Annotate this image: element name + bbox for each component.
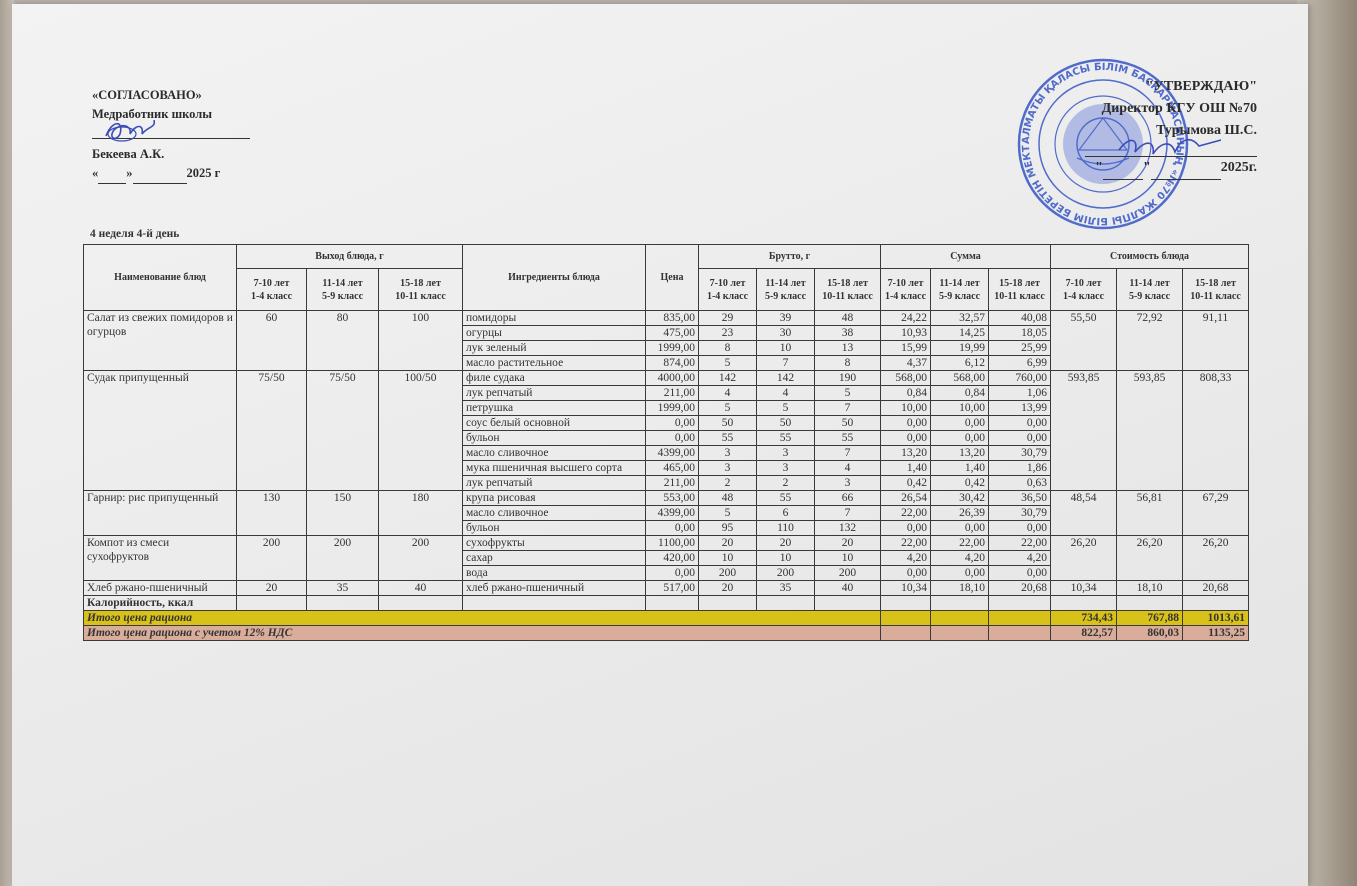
total-value: 767,88 (1117, 611, 1183, 626)
ingredient-price: 1999,00 (646, 341, 699, 356)
calories-cell (1183, 596, 1249, 611)
ingredient-sum: 4,20 (989, 551, 1051, 566)
menu-cost-table: Наименование блюдВыход блюда, гИнгредиен… (83, 244, 1249, 641)
ingredient-gross: 20 (757, 536, 815, 551)
ingredient-sum: 6,12 (931, 356, 989, 371)
header-cost: Стоимость блюда (1051, 245, 1249, 269)
ingredient-sum: 13,20 (881, 446, 931, 461)
total-value: 822,57 (1051, 626, 1117, 641)
grade-label: 10-11 класс (992, 290, 1047, 303)
ingredient-gross: 5 (699, 356, 757, 371)
ingredient-gross: 5 (757, 401, 815, 416)
ingredient-gross: 3 (757, 461, 815, 476)
table-row: Гарнир: рис припущенный130150180крупа ри… (84, 491, 1249, 506)
ingredient-gross: 4 (815, 461, 881, 476)
ingredient-sum: 1,40 (931, 461, 989, 476)
header-age-group: 15-18 лет10-11 класс (989, 269, 1051, 311)
ingredient-sum: 19,99 (931, 341, 989, 356)
ingredient-sum: 10,00 (881, 401, 931, 416)
ingredient-gross: 55 (757, 491, 815, 506)
ingredient-price: 475,00 (646, 326, 699, 341)
total-empty-cell (989, 611, 1051, 626)
ingredient-gross: 142 (757, 371, 815, 386)
ingredient-gross: 48 (815, 311, 881, 326)
ingredient-price: 0,00 (646, 431, 699, 446)
dish-yield: 40 (379, 581, 463, 596)
header-age-group: 11-14 лет5-9 класс (931, 269, 989, 311)
ingredient-name: филе судака (463, 371, 646, 386)
ingredient-price: 553,00 (646, 491, 699, 506)
dish-name: Компот из смеси сухофруктов (84, 536, 237, 581)
ingredient-name: лук репчатый (463, 386, 646, 401)
ingredient-name: масло сливочное (463, 506, 646, 521)
ingredient-gross: 7 (815, 401, 881, 416)
ingredient-sum: 1,86 (989, 461, 1051, 476)
ingredient-gross: 20 (815, 536, 881, 551)
ingredient-sum: 0,84 (931, 386, 989, 401)
ingredient-gross: 55 (815, 431, 881, 446)
ingredient-gross: 6 (757, 506, 815, 521)
approval-right-position: Директор КГУ ОШ №70 (1085, 98, 1257, 120)
dish-cost: 10,34 (1051, 581, 1117, 596)
calories-cell (237, 596, 307, 611)
ingredient-sum: 6,99 (989, 356, 1051, 371)
calories-cell (646, 596, 699, 611)
total-row: Итого цена рациона734,43767,881013,61 (84, 611, 1249, 626)
ingredient-gross: 10 (699, 551, 757, 566)
header-sum: Сумма (881, 245, 1051, 269)
date-quote-close: " (1143, 160, 1151, 175)
ingredient-gross: 7 (815, 506, 881, 521)
dish-yield: 100 (379, 311, 463, 371)
dish-cost: 26,20 (1117, 536, 1183, 581)
ingredient-gross: 200 (699, 566, 757, 581)
ingredient-sum: 0,84 (881, 386, 931, 401)
age-label: 11-14 лет (934, 277, 985, 290)
ingredient-price: 835,00 (646, 311, 699, 326)
dish-yield: 75/50 (237, 371, 307, 491)
ingredient-sum: 568,00 (881, 371, 931, 386)
ingredient-price: 1100,00 (646, 536, 699, 551)
ingredient-price: 211,00 (646, 386, 699, 401)
ingredient-gross: 4 (757, 386, 815, 401)
ingredient-sum: 1,40 (881, 461, 931, 476)
age-label: 15-18 лет (818, 277, 877, 290)
dish-yield: 35 (307, 581, 379, 596)
ingredient-sum: 24,22 (881, 311, 931, 326)
ingredient-gross: 40 (815, 581, 881, 596)
ingredient-sum: 0,63 (989, 476, 1051, 491)
header-age-group: 7-10 лет1-4 класс (237, 269, 307, 311)
ingredient-name: соус белый основной (463, 416, 646, 431)
ingredient-gross: 7 (815, 446, 881, 461)
ingredient-sum: 22,00 (989, 536, 1051, 551)
ingredient-sum: 26,54 (881, 491, 931, 506)
ingredient-sum: 36,50 (989, 491, 1051, 506)
grade-label: 5-9 класс (310, 290, 375, 303)
ingredient-price: 1999,00 (646, 401, 699, 416)
ingredient-sum: 0,00 (931, 521, 989, 536)
age-label: 11-14 лет (1120, 277, 1179, 290)
ingredient-sum: 22,00 (931, 536, 989, 551)
approval-left-heading: «СОГЛАСОВАНО» (92, 86, 250, 105)
ingredient-sum: 15,99 (881, 341, 931, 356)
dish-yield: 200 (237, 536, 307, 581)
ingredient-gross: 23 (699, 326, 757, 341)
ingredient-name: сахар (463, 551, 646, 566)
calories-cell (699, 596, 757, 611)
dish-yield: 80 (307, 311, 379, 371)
ingredient-sum: 20,68 (989, 581, 1051, 596)
ingredient-sum: 0,42 (931, 476, 989, 491)
total-label: Итого цена рациона (84, 611, 881, 626)
ingredient-price: 874,00 (646, 356, 699, 371)
ingredient-gross: 4 (699, 386, 757, 401)
date-year: 2025 г (187, 166, 221, 180)
ingredient-name: крупа рисовая (463, 491, 646, 506)
date-quote-open: " (1095, 160, 1103, 175)
ingredient-gross: 48 (699, 491, 757, 506)
total-empty-cell (931, 626, 989, 641)
total-value: 860,03 (1117, 626, 1183, 641)
ingredient-gross: 38 (815, 326, 881, 341)
ingredient-name: масло сливочное (463, 446, 646, 461)
dish-yield: 20 (237, 581, 307, 596)
ingredient-gross: 200 (757, 566, 815, 581)
age-label: 7-10 лет (702, 277, 753, 290)
dish-yield: 130 (237, 491, 307, 536)
ingredient-sum: 30,79 (989, 446, 1051, 461)
ingredient-gross: 20 (699, 581, 757, 596)
ingredient-price: 517,00 (646, 581, 699, 596)
ingredient-sum: 568,00 (931, 371, 989, 386)
ingredient-sum: 13,20 (931, 446, 989, 461)
ingredient-gross: 35 (757, 581, 815, 596)
grade-label: 1-4 класс (702, 290, 753, 303)
ingredient-gross: 10 (757, 341, 815, 356)
signature-icon (1115, 132, 1225, 162)
header-age-group: 7-10 лет1-4 класс (881, 269, 931, 311)
total-value: 734,43 (1051, 611, 1117, 626)
ingredient-gross: 142 (699, 371, 757, 386)
ingredient-sum: 0,00 (931, 416, 989, 431)
ingredient-gross: 190 (815, 371, 881, 386)
ingredient-gross: 10 (815, 551, 881, 566)
calories-label: Калорийность, ккал (84, 596, 237, 611)
ingredient-name: огурцы (463, 326, 646, 341)
approval-block-left: «СОГЛАСОВАНО» Медработник школы Бекеева … (92, 86, 250, 184)
age-label: 15-18 лет (382, 277, 459, 290)
calories-cell (757, 596, 815, 611)
calories-cell (307, 596, 379, 611)
age-label: 15-18 лет (992, 277, 1047, 290)
grade-label: 5-9 класс (934, 290, 985, 303)
ingredient-gross: 50 (815, 416, 881, 431)
ingredient-sum: 0,42 (881, 476, 931, 491)
ingredient-price: 211,00 (646, 476, 699, 491)
ingredient-sum: 0,00 (881, 416, 931, 431)
ingredient-sum: 18,10 (931, 581, 989, 596)
dish-yield: 200 (379, 536, 463, 581)
ingredient-gross: 3 (815, 476, 881, 491)
dish-name: Судак припущенный (84, 371, 237, 491)
ingredient-gross: 5 (815, 386, 881, 401)
ingredient-sum: 14,25 (931, 326, 989, 341)
header-age-group: 15-18 лет10-11 класс (379, 269, 463, 311)
ingredient-sum: 0,00 (989, 566, 1051, 581)
ingredient-name: мука пшеничная высшего сорта (463, 461, 646, 476)
grade-label: 10-11 класс (382, 290, 459, 303)
total-empty-cell (931, 611, 989, 626)
total-value: 1135,25 (1183, 626, 1249, 641)
ingredient-sum: 26,39 (931, 506, 989, 521)
ingredient-price: 0,00 (646, 521, 699, 536)
ingredient-sum: 4,37 (881, 356, 931, 371)
ingredient-price: 420,00 (646, 551, 699, 566)
grade-label: 1-4 класс (884, 290, 927, 303)
ingredient-sum: 0,00 (931, 431, 989, 446)
ingredient-name: масло растительное (463, 356, 646, 371)
ingredient-gross: 66 (815, 491, 881, 506)
dish-cost: 593,85 (1117, 371, 1183, 491)
dish-cost: 593,85 (1051, 371, 1117, 491)
ingredient-gross: 13 (815, 341, 881, 356)
dish-cost: 91,11 (1183, 311, 1249, 371)
ingredient-gross: 5 (699, 401, 757, 416)
calories-cell (881, 596, 931, 611)
approval-right-heading: "УТВЕРЖДАЮ" (1085, 76, 1257, 98)
approval-block-right: "УТВЕРЖДАЮ" Директор КГУ ОШ №70 Турымова… (1085, 76, 1257, 180)
ingredient-gross: 29 (699, 311, 757, 326)
ingredient-gross: 8 (699, 341, 757, 356)
ingredient-gross: 50 (699, 416, 757, 431)
ingredient-name: бульон (463, 431, 646, 446)
dish-cost: 26,20 (1183, 536, 1249, 581)
header-row-1: Наименование блюдВыход блюда, гИнгредиен… (84, 245, 1249, 269)
ingredient-name: петрушка (463, 401, 646, 416)
grade-label: 1-4 класс (1054, 290, 1113, 303)
ingredient-gross: 30 (757, 326, 815, 341)
age-label: 7-10 лет (1054, 277, 1113, 290)
ingredient-sum: 0,00 (989, 431, 1051, 446)
ingredient-name: лук зеленый (463, 341, 646, 356)
ingredient-sum: 760,00 (989, 371, 1051, 386)
header-age-group: 15-18 лет10-11 класс (815, 269, 881, 311)
ingredient-name: сухофрукты (463, 536, 646, 551)
header-gross: Брутто, г (699, 245, 881, 269)
ingredient-gross: 132 (815, 521, 881, 536)
dish-yield: 180 (379, 491, 463, 536)
age-label: 7-10 лет (240, 277, 303, 290)
header-age-group: 11-14 лет5-9 класс (757, 269, 815, 311)
calories-cell (931, 596, 989, 611)
dish-cost: 26,20 (1051, 536, 1117, 581)
ingredient-sum: 0,00 (881, 431, 931, 446)
date-year: 2025г. (1221, 160, 1257, 175)
ingredient-name: хлеб ржано-пшеничный (463, 581, 646, 596)
grade-label: 10-11 класс (1186, 290, 1245, 303)
ingredient-name: помидоры (463, 311, 646, 326)
grade-label: 1-4 класс (240, 290, 303, 303)
ingredient-price: 4399,00 (646, 506, 699, 521)
ingredient-sum: 32,57 (931, 311, 989, 326)
approval-right-signature-line (1085, 142, 1257, 157)
dish-cost: 18,10 (1117, 581, 1183, 596)
total-empty-cell (989, 626, 1051, 641)
week-day-title: 4 неделя 4-й день (90, 228, 179, 240)
dish-cost: 48,54 (1051, 491, 1117, 536)
ingredient-gross: 2 (699, 476, 757, 491)
ingredient-sum: 18,05 (989, 326, 1051, 341)
grade-label: 5-9 класс (1120, 290, 1179, 303)
header-age-group: 15-18 лет10-11 класс (1183, 269, 1249, 311)
ingredient-gross: 5 (699, 506, 757, 521)
header-age-group: 7-10 лет1-4 класс (1051, 269, 1117, 311)
ingredient-sum: 0,00 (931, 566, 989, 581)
ingredient-gross: 3 (757, 446, 815, 461)
ingredient-price: 0,00 (646, 566, 699, 581)
dish-yield: 100/50 (379, 371, 463, 491)
signature-icon (102, 116, 162, 144)
table-row: Салат из свежих помидоров и огурцов60801… (84, 311, 1249, 326)
ingredient-gross: 2 (757, 476, 815, 491)
header-age-group: 11-14 лет5-9 класс (307, 269, 379, 311)
calories-cell (1051, 596, 1117, 611)
calories-cell (1117, 596, 1183, 611)
ingredient-gross: 110 (757, 521, 815, 536)
dish-cost: 808,33 (1183, 371, 1249, 491)
calories-cell (815, 596, 881, 611)
dish-yield: 200 (307, 536, 379, 581)
ingredient-price: 0,00 (646, 416, 699, 431)
header-dish-name: Наименование блюд (84, 245, 237, 311)
dish-cost: 67,29 (1183, 491, 1249, 536)
ingredient-gross: 3 (699, 461, 757, 476)
ingredient-sum: 0,00 (881, 521, 931, 536)
calories-row: Калорийность, ккал (84, 596, 1249, 611)
ingredient-sum: 22,00 (881, 536, 931, 551)
dish-cost: 20,68 (1183, 581, 1249, 596)
ingredient-gross: 55 (699, 431, 757, 446)
total-label: Итого цена рациона с учетом 12% НДС (84, 626, 881, 641)
ingredient-sum: 30,79 (989, 506, 1051, 521)
age-label: 11-14 лет (310, 277, 375, 290)
ingredient-gross: 39 (757, 311, 815, 326)
ingredient-gross: 20 (699, 536, 757, 551)
approval-left-name: Бекеева А.К. (92, 145, 250, 164)
age-label: 15-18 лет (1186, 277, 1245, 290)
ingredient-sum: 40,08 (989, 311, 1051, 326)
header-age-group: 11-14 лет5-9 класс (1117, 269, 1183, 311)
ingredient-gross: 3 (699, 446, 757, 461)
dish-cost: 56,81 (1117, 491, 1183, 536)
table-row: Компот из смеси сухофруктов200200200сухо… (84, 536, 1249, 551)
ingredient-price: 465,00 (646, 461, 699, 476)
approval-left-signature-line (92, 124, 250, 145)
header-yield: Выход блюда, г (237, 245, 463, 269)
grade-label: 5-9 класс (760, 290, 811, 303)
total-empty-cell (881, 626, 931, 641)
header-price: Цена (646, 245, 699, 311)
ingredient-name: вода (463, 566, 646, 581)
ingredient-sum: 13,99 (989, 401, 1051, 416)
ingredient-sum: 0,00 (989, 521, 1051, 536)
ingredient-sum: 4,20 (881, 551, 931, 566)
ingredient-gross: 7 (757, 356, 815, 371)
dish-name: Гарнир: рис припущенный (84, 491, 237, 536)
ingredient-gross: 55 (757, 431, 815, 446)
age-label: 7-10 лет (884, 277, 927, 290)
dish-yield: 75/50 (307, 371, 379, 491)
age-label: 11-14 лет (760, 277, 811, 290)
grade-label: 10-11 класс (818, 290, 877, 303)
ingredient-name: бульон (463, 521, 646, 536)
ingredient-gross: 95 (699, 521, 757, 536)
calories-cell (989, 596, 1051, 611)
total-empty-cell (881, 611, 931, 626)
ingredient-sum: 0,00 (989, 416, 1051, 431)
ingredient-sum: 22,00 (881, 506, 931, 521)
ingredient-price: 4399,00 (646, 446, 699, 461)
ingredient-price: 4000,00 (646, 371, 699, 386)
ingredient-gross: 200 (815, 566, 881, 581)
dish-yield: 60 (237, 311, 307, 371)
approval-left-date: « » 2025 г (92, 164, 250, 184)
dish-cost: 55,50 (1051, 311, 1117, 371)
ingredient-name: лук репчатый (463, 476, 646, 491)
ingredient-gross: 8 (815, 356, 881, 371)
ingredient-sum: 30,42 (931, 491, 989, 506)
ingredient-sum: 0,00 (881, 566, 931, 581)
header-ingredients: Ингредиенты блюда (463, 245, 646, 311)
ingredient-sum: 4,20 (931, 551, 989, 566)
calories-cell (463, 596, 646, 611)
ingredient-sum: 10,93 (881, 326, 931, 341)
dish-name: Хлеб ржано-пшеничный (84, 581, 237, 596)
ingredient-sum: 1,06 (989, 386, 1051, 401)
dish-yield: 150 (307, 491, 379, 536)
calories-cell (379, 596, 463, 611)
dish-name: Салат из свежих помидоров и огурцов (84, 311, 237, 371)
ingredient-gross: 10 (757, 551, 815, 566)
ingredient-sum: 25,99 (989, 341, 1051, 356)
ingredient-sum: 10,00 (931, 401, 989, 416)
total-row: Итого цена рациона с учетом 12% НДС822,5… (84, 626, 1249, 641)
total-value: 1013,61 (1183, 611, 1249, 626)
table-row: Судак припущенный75/5075/50100/50филе су… (84, 371, 1249, 386)
dish-cost: 72,92 (1117, 311, 1183, 371)
header-age-group: 7-10 лет1-4 класс (699, 269, 757, 311)
table-row: Хлеб ржано-пшеничный203540хлеб ржано-пше… (84, 581, 1249, 596)
ingredient-gross: 50 (757, 416, 815, 431)
ingredient-sum: 10,34 (881, 581, 931, 596)
